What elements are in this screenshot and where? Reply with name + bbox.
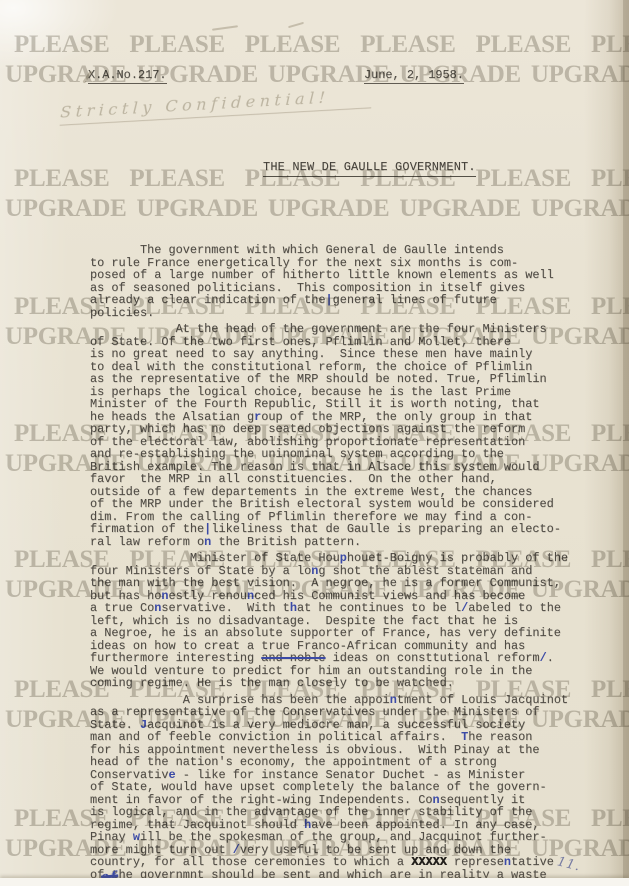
text-line: At the head of the government are the fo… xyxy=(90,323,582,336)
paragraph: Minister of State Houphouet-Boigny is pr… xyxy=(90,552,582,690)
text-line: as the representative of the MRP should … xyxy=(90,373,582,386)
paragraph: At the head of the government are the fo… xyxy=(90,323,582,548)
text-line: is no great need to say anything. Since … xyxy=(90,348,582,361)
document-date: June, 2, 1958. xyxy=(364,68,464,84)
text-line: as a representative of the Conservatives… xyxy=(90,706,582,719)
text-line: favor the MRP in all constituencies. On … xyxy=(90,473,582,486)
text-line: Minister of the Fourth Republic, Still i… xyxy=(90,398,582,411)
scan-edge-shadow xyxy=(623,0,629,886)
watermark-text: PLEASE PLEASE PLEASE PLEASE PLEASE PLEAS… xyxy=(14,30,629,60)
paragraph: The government with which General de Gau… xyxy=(90,244,582,319)
text-line: and re-establishing the uninominal syste… xyxy=(90,448,582,461)
text-line: party, which has no deep seated objectio… xyxy=(90,423,582,436)
text-line: head of the nation's economy, the appoin… xyxy=(90,756,582,769)
text-line: man and of feeble conviction in politica… xyxy=(90,731,582,744)
text-line: ral law reform on the British pattern. xyxy=(90,536,582,549)
reference-number: X.A.No.217. xyxy=(88,68,167,84)
text-line: already a clear indication of the|genera… xyxy=(90,294,582,307)
watermark-text: UPGRADE UPGRADE UPGRADE UPGRADE UPGRADE … xyxy=(5,194,629,224)
text-line: posed of a large number of hitherto litt… xyxy=(90,269,582,282)
scanned-document-page: X.A.No.217. June, 2, 1958. Strictly Conf… xyxy=(0,0,629,886)
text-line: Minister of State Houphouet-Boigny is pr… xyxy=(90,552,582,565)
scan-bed-strip xyxy=(0,878,629,886)
text-line: a Negroe, he is an absolute supporter of… xyxy=(90,627,582,640)
text-line: of the MRP under the British electoral s… xyxy=(90,498,582,511)
text-line: The government with which General de Gau… xyxy=(90,244,582,257)
text-line: of State, would have upset completely th… xyxy=(90,781,582,794)
handwritten-confidential-note: Strictly Confidential! xyxy=(60,85,373,126)
text-line: Pinay will be the spokesman of the group… xyxy=(90,831,582,844)
text-line: a true Conservative. With that he contin… xyxy=(90,602,582,615)
text-line: policies. xyxy=(90,307,582,320)
paragraph: A surprise has been the appointment of L… xyxy=(90,694,582,882)
text-line: coming regime. He is the man closely to … xyxy=(90,677,582,690)
document-body: The government with which General de Gau… xyxy=(90,244,582,885)
text-line: furthermore interesting and noble ideas … xyxy=(90,652,582,665)
text-line: is logical, and in the advantage of the … xyxy=(90,806,582,819)
document-title: THE NEW DE GAULLE GOVERNMENT. xyxy=(263,160,476,177)
pencil-mark xyxy=(288,22,304,28)
pencil-mark xyxy=(212,25,238,31)
text-line: country, for all those ceremonies to whi… xyxy=(90,856,582,869)
text-line: firmation of the|likeliness that de Gaul… xyxy=(90,523,582,536)
